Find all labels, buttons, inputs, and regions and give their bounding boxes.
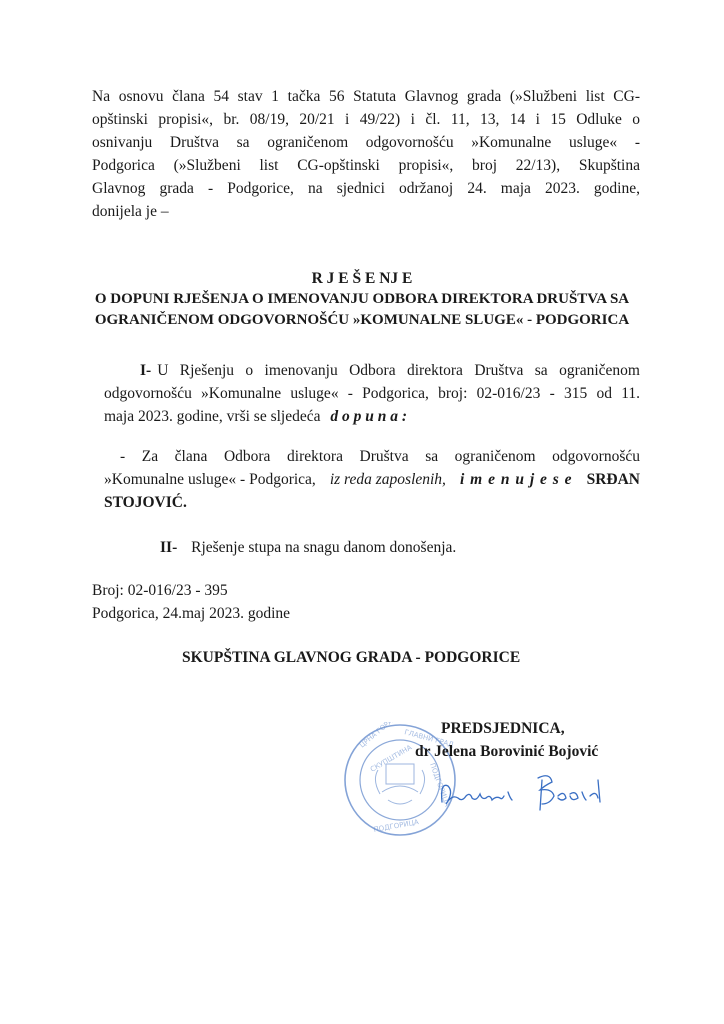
dopuna-line2: »Komunalne usluge« - Podgorica, iz reda … — [104, 469, 640, 492]
preamble-line: osnivanju Društva sa ograničenom odgovor… — [92, 132, 640, 155]
section-1-line3: maja 2023. godine, vrši se sljedeća d o … — [104, 406, 407, 429]
section-1-line3-text: maja 2023. godine, vrši se sljedeća — [104, 408, 321, 425]
appointee-last-name: STOJOVIĆ. — [104, 492, 187, 515]
dopuna-italic-text: iz reda zaposlenih, — [330, 469, 446, 492]
dopuna-emphasis: d o p u n a : — [330, 408, 407, 425]
preamble-line: Na osnovu člana 54 stav 1 tačka 56 Statu… — [92, 86, 640, 109]
section-2-text: Rješenje stupa na snagu danom donošenja. — [191, 539, 456, 556]
signatory-role: PREDSJEDNICA, — [441, 718, 565, 741]
handwritten-signature-icon — [440, 772, 610, 812]
preamble-line: Podgorica (»Službeni list CG-opštinski p… — [92, 155, 640, 178]
section-1-text: U Rješenju o imenovanju Odbora direktora… — [157, 360, 640, 383]
dopuna-line2-text: »Komunalne usluge« - Podgorica, — [104, 469, 316, 492]
svg-text:ЦРНА ГОРА: ЦРНА ГОРА — [358, 722, 394, 750]
dopuna-line1: - Za člana Odbora direktora Društva sa o… — [120, 446, 640, 469]
document-subtitle-line2: OGRANIČENOM ODGOVORNOŠĆU »KOMUNALNE SLUG… — [0, 309, 724, 332]
appointee-first-name: SRĐAN — [587, 469, 640, 492]
document-page: Na osnovu člana 54 stav 1 tačka 56 Statu… — [0, 0, 724, 1024]
preamble-line: donijela je – — [92, 201, 169, 224]
section-1-line2: odgovornošću »Komunalne usluge« - Podgor… — [104, 383, 640, 406]
section-2-numeral: II- — [160, 539, 177, 556]
svg-text:ПОДГОРИЦА: ПОДГОРИЦА — [373, 818, 420, 834]
document-subtitle-line1: O DOPUNI RJEŠENJA O IMENOVANJU ODBORA DI… — [0, 288, 724, 311]
imenuje-se-emphasis: i m e n u j e s e — [460, 469, 573, 492]
section-2: II- Rješenje stupa na snagu danom donoše… — [160, 537, 456, 560]
preamble-line: Glavnog grada - Podgorice, na sjednici o… — [92, 178, 640, 201]
section-1-numeral: I- — [140, 360, 151, 383]
reference-place-date: Podgorica, 24.maj 2023. godine — [92, 603, 290, 626]
issuer: SKUPŠTINA GLAVNOG GRADA - PODGORICE — [182, 647, 520, 670]
signatory-name: dr Jelena Borovinić Bojović — [415, 741, 598, 764]
section-1-line1: I- U Rješenju o imenovanju Odbora direkt… — [140, 360, 640, 383]
reference-number: Broj: 02-016/23 - 395 — [92, 580, 228, 603]
preamble-line: opštinski propisi«, br. 08/19, 20/21 i 4… — [92, 109, 640, 132]
